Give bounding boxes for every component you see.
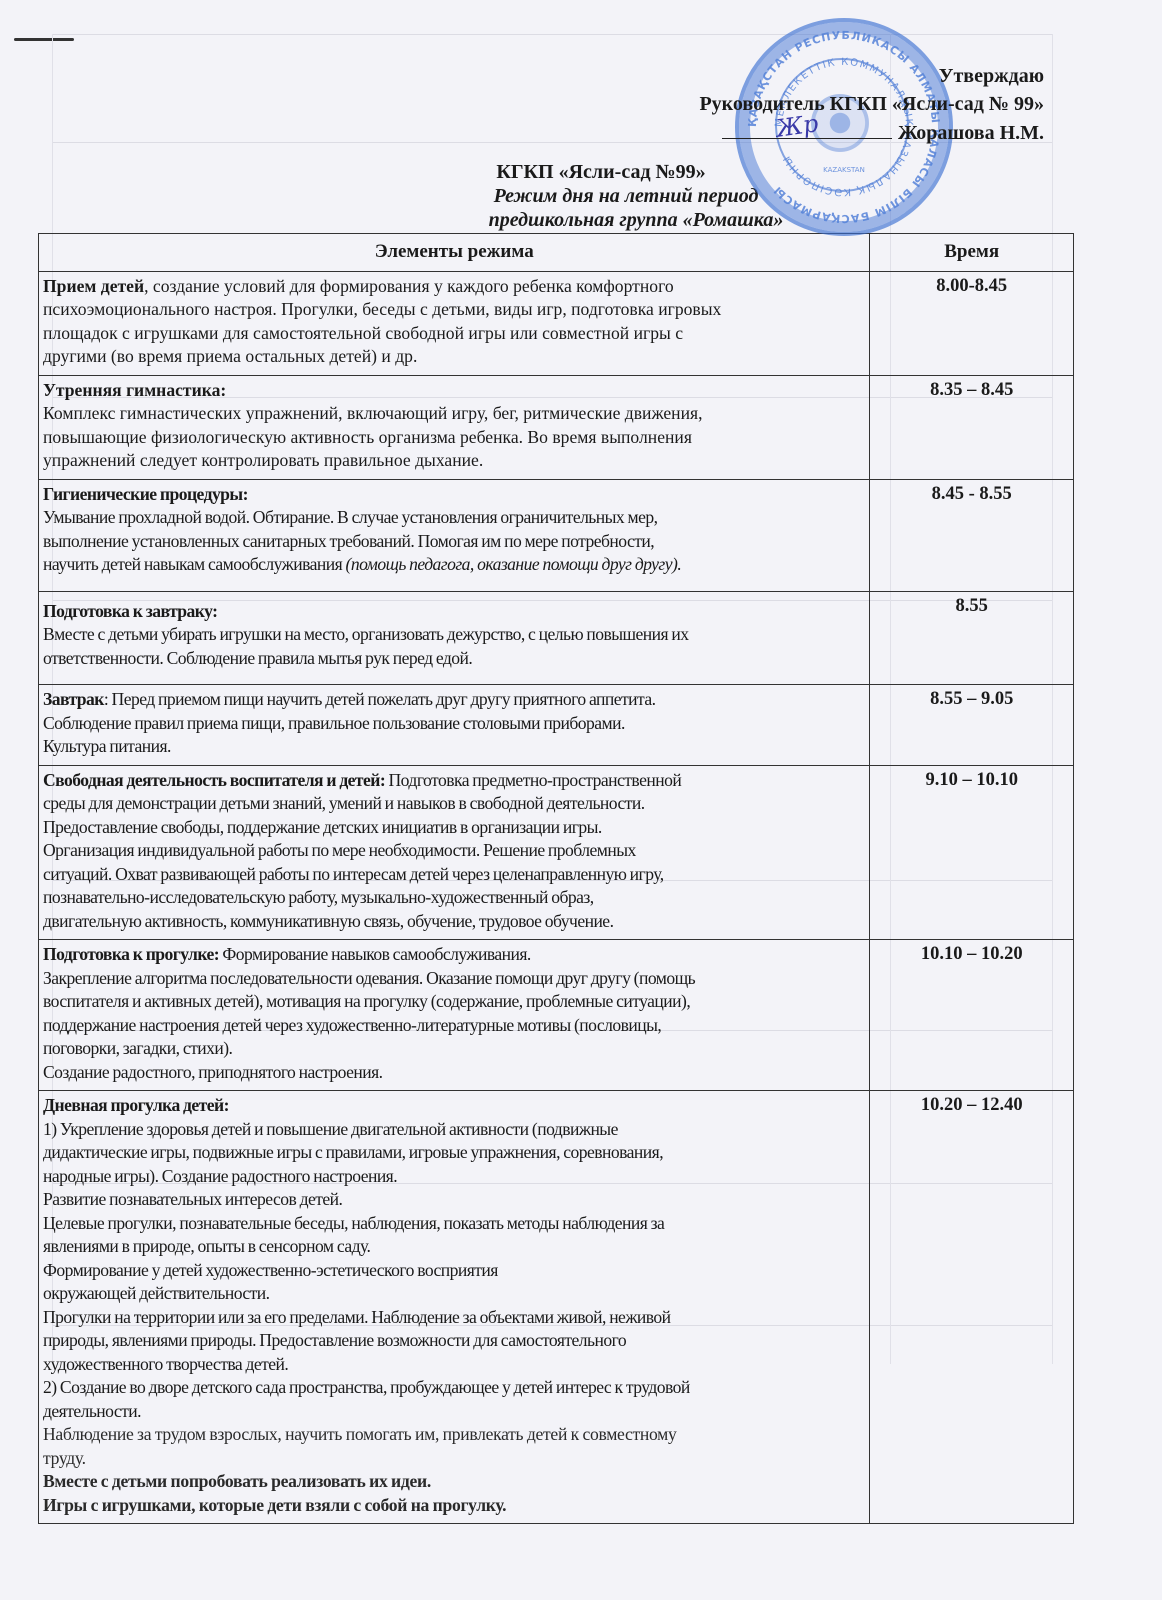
table-row: Прием детей, создание условий для формир… bbox=[39, 271, 1074, 375]
regime-time: 10.20 – 12.40 bbox=[870, 1091, 1074, 1524]
regime-time: 9.10 – 10.10 bbox=[870, 765, 1074, 940]
regime-element: Завтрак: Перед приемом пищи научить дете… bbox=[39, 685, 870, 766]
table-row: Дневная прогулка детей: 1) Укрепление зд… bbox=[39, 1091, 1074, 1524]
approval-signatory-line: Жр Жорашова Н.М. bbox=[699, 118, 1044, 147]
table-header-row: Элементы режима Время bbox=[39, 234, 1074, 272]
table-row: Свободная деятельность воспитателя и дет… bbox=[39, 765, 1074, 940]
document-titles: КГКП «Ясли-сад №99» Режим дня на летний … bbox=[0, 160, 1162, 232]
scan-mark bbox=[14, 38, 74, 41]
organization-title: КГКП «Ясли-сад №99» bbox=[40, 160, 1162, 184]
regime-element: Свободная деятельность воспитателя и дет… bbox=[39, 765, 870, 940]
header-time: Время bbox=[870, 234, 1074, 272]
header-elements: Элементы режима bbox=[39, 234, 870, 272]
regime-time: 8.35 – 8.45 bbox=[870, 375, 1074, 479]
regime-element: Прием детей, создание условий для формир… bbox=[39, 271, 870, 375]
regime-time: 8.00-8.45 bbox=[870, 271, 1074, 375]
group-title: предшкольная группа «Ромашка» bbox=[110, 208, 1162, 232]
schedule-table: Элементы режима Время Прием детей, созда… bbox=[38, 233, 1074, 1524]
approval-heading: Утверждаю bbox=[699, 62, 1044, 90]
regime-time: 10.10 – 10.20 bbox=[870, 940, 1074, 1091]
approval-position: Руководитель КГКП «Ясли-сад № 99» bbox=[699, 90, 1044, 118]
table-row: Гигиенические процедуры: Умывание прохла… bbox=[39, 479, 1074, 591]
approval-signatory: Жорашова Н.М. bbox=[898, 122, 1044, 144]
table-row: Подготовка к прогулке: Формирование навы… bbox=[39, 940, 1074, 1091]
approval-block: Утверждаю Руководитель КГКП «Ясли-сад № … bbox=[699, 62, 1044, 147]
regime-element: Гигиенические процедуры: Умывание прохла… bbox=[39, 479, 870, 591]
regime-element: Подготовка к завтраку: Вместе с детьми у… bbox=[39, 591, 870, 685]
signature: Жр bbox=[774, 109, 820, 143]
regime-time: 8.45 - 8.55 bbox=[870, 479, 1074, 591]
regime-title: Режим дня на летний период bbox=[90, 184, 1162, 208]
table-row: Утренняя гимнастика: Комплекс гимнастиче… bbox=[39, 375, 1074, 479]
table-row: Завтрак: Перед приемом пищи научить дете… bbox=[39, 685, 1074, 766]
table-row: Подготовка к завтраку: Вместе с детьми у… bbox=[39, 591, 1074, 685]
regime-time: 8.55 bbox=[870, 591, 1074, 685]
regime-element: Утренняя гимнастика: Комплекс гимнастиче… bbox=[39, 375, 870, 479]
walk-extra-activities: Наблюдение за трудом взрослых, научить п… bbox=[43, 1423, 865, 1517]
regime-time: 8.55 – 9.05 bbox=[870, 685, 1074, 766]
regime-element: Подготовка к прогулке: Формирование навы… bbox=[39, 940, 870, 1091]
regime-element: Дневная прогулка детей: 1) Укрепление зд… bbox=[39, 1091, 870, 1524]
signature-line: Жр bbox=[722, 118, 892, 139]
